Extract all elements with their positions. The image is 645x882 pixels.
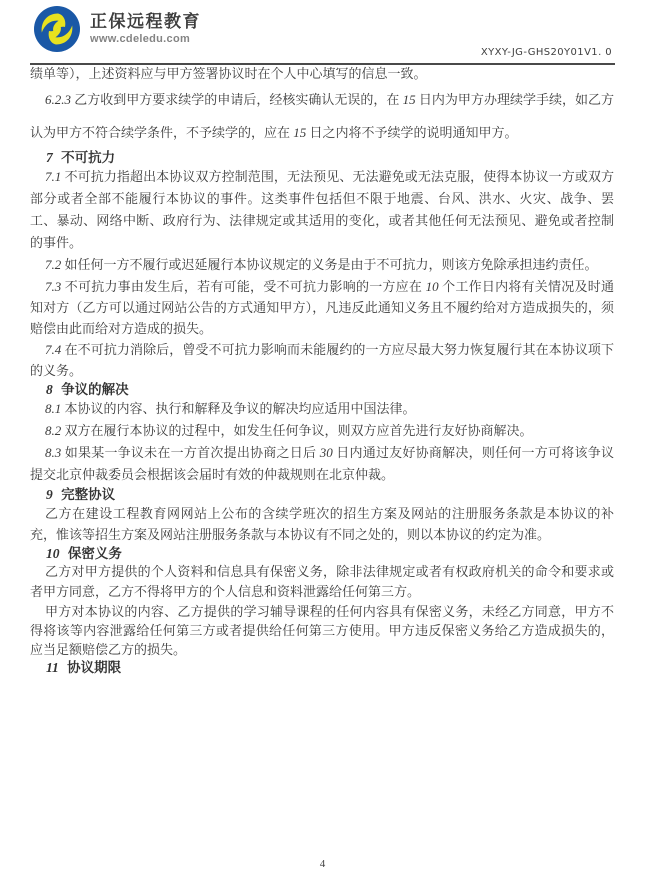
section-heading-11: 11 协议期限 [30,659,614,676]
brand-website: www.cdeledu.com [90,32,201,46]
brand-logo-icon [33,5,81,53]
paragraph-continuation: 绩单等），上述资料应与甲方签署协议时在个人中心填写的信息一致。 [30,65,614,83]
document-body: 绩单等），上述资料应与甲方签署协议时在个人中心填写的信息一致。 6.2.3 乙方… [30,65,614,676]
document-page: 正保远程教育 www.cdeledu.com XYXY-JG-GHS20Y01V… [0,0,645,882]
section-heading-10: 10 保密义务 [30,545,614,562]
paragraph-8-1: 8.1 本协议的内容、执行和解释及争议的解决均应适用中国法律。 [30,398,614,420]
paragraph-7-1: 7.1 不可抗力指超出本协议双方控制范围，无法预见、无法避免或无法克服，使得本协… [30,166,614,254]
section-heading-9: 9 完整协议 [30,486,614,503]
brand-name: 正保远程教育 [90,12,201,32]
paragraph-7-3: 7.3 不可抗力事由发生后，若有可能，受不可抗力影响的一方应在 10 个工作日内… [30,276,614,339]
section-heading-7: 7 不可抗力 [30,149,614,166]
paragraph-10-body-2: 甲方对本协议的内容、乙方提供的学习辅导课程的任何内容具有保密义务，未经乙方同意，… [30,602,614,659]
paragraph-7-4: 7.4 在不可抗力消除后，曾受不可抗力影响而未能履约的一方应尽最大努力恢复履行其… [30,339,614,381]
paragraph-9-body: 乙方在建设工程教育网网站上公布的含续学班次的招生方案及网站的注册服务条款是本协议… [30,503,614,545]
paragraph-8-3: 8.3 如果某一争议未在一方首次提出协商之日后 30 日内通过友好协商解决，则任… [30,442,614,486]
document-code: XYXY-JG-GHS20Y01V1. 0 [481,47,612,58]
paragraph-7-2: 7.2 如任何一方不履行或迟延履行本协议规定的义务是由于不可抗力，则该方免除承担… [30,254,614,276]
paragraph-6-2-3: 6.2.3 乙方收到甲方要求续学的申请后，经核实确认无误的，在 15 日内为甲方… [30,83,614,149]
brand-text-block: 正保远程教育 www.cdeledu.com [90,12,201,46]
page-header: 正保远程教育 www.cdeledu.com [33,5,201,53]
paragraph-8-2: 8.2 双方在履行本协议的过程中，如发生任何争议，则双方应首先进行友好协商解决。 [30,420,614,442]
paragraph-10-body-1: 乙方对甲方提供的个人资料和信息具有保密义务，除非法律规定或者有权政府机关的命令和… [30,562,614,602]
section-heading-8: 8 争议的解决 [30,381,614,398]
page-number: 4 [0,858,645,870]
